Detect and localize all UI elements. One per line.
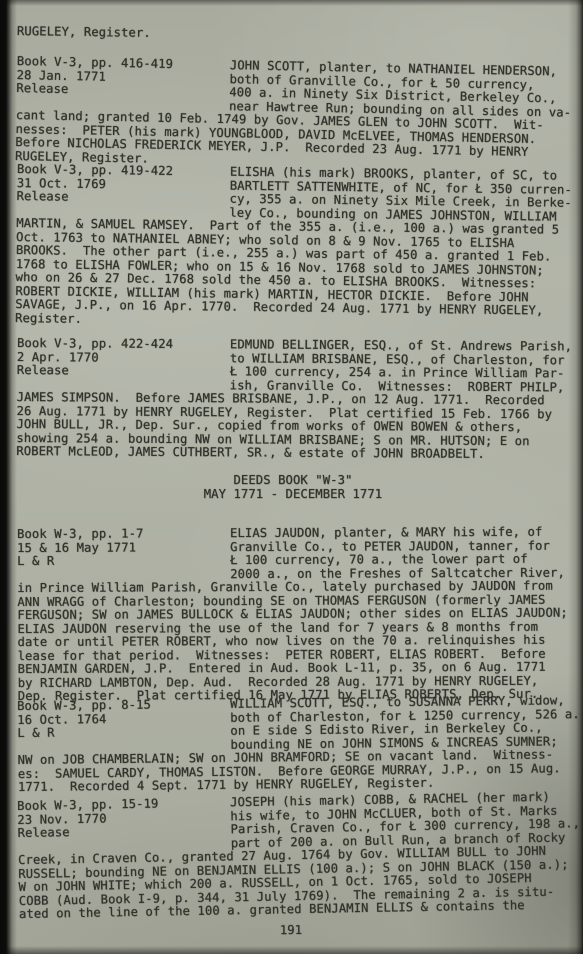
reference-line: L & R bbox=[17, 726, 151, 741]
reference-line: Release bbox=[17, 825, 159, 841]
deed-entry-1: Book V-3, pp. 416-41928 Jan. 1771Release… bbox=[15, 55, 571, 174]
section-heading-title: DEEDS BOOK "W-3" bbox=[17, 474, 569, 488]
scanned-deed-page: RUGELEY, Register. Book V-3, pp. 416-419… bbox=[0, 0, 583, 954]
reference-line: Release bbox=[17, 364, 173, 378]
deed-entry-4: Book W-3, pp. 1-715 & 16 May 1771L & REL… bbox=[17, 526, 572, 704]
deed-entry-2: Book V-3, pp. 419-42231 Oct. 1769Release… bbox=[15, 163, 571, 332]
reference-line: 15 & 16 May 1771 bbox=[17, 541, 143, 555]
entry-reference: Book V-3, pp. 419-42231 Oct. 1769Release bbox=[17, 163, 174, 205]
scan-edge-top bbox=[0, 0, 583, 6]
entry-reference: Book W-3, pp. 15-1923 Nov. 1770Release bbox=[17, 798, 159, 841]
entry-reference: Book W-3, pp. 1-715 & 16 May 1771L & R bbox=[17, 527, 144, 568]
reference-line: Release bbox=[16, 82, 172, 98]
deed-entry-6: Book W-3, pp. 15-1923 Nov. 1770ReleaseJO… bbox=[17, 790, 573, 921]
reference-line: Release bbox=[17, 190, 173, 205]
deed-entry-5: Book W-3, pp. 8-1516 Oct. 1764L & RWILLI… bbox=[17, 694, 572, 794]
reference-line: Book W-3, pp. 8-15 bbox=[17, 699, 151, 714]
entry-reference: Book V-3, pp. 422-4242 Apr. 1770Release bbox=[17, 337, 173, 378]
entry-reference: Book V-3, pp. 416-41928 Jan. 1771Release bbox=[16, 55, 173, 98]
deed-entry-3: Book V-3, pp. 422-4242 Apr. 1770ReleaseE… bbox=[16, 337, 571, 462]
reference-line: L & R bbox=[17, 554, 143, 568]
section-heading-daterange: MAY 1771 - DECEMBER 1771 bbox=[17, 488, 569, 502]
scan-edge-bottom bbox=[0, 946, 583, 954]
section-heading: DEEDS BOOK "W-3" MAY 1771 - DECEMBER 177… bbox=[17, 474, 569, 501]
page-number: 191 bbox=[17, 922, 565, 940]
reference-line: Book W-3, pp. 1-7 bbox=[17, 527, 143, 541]
carryover-text: RUGELEY, Register. bbox=[17, 25, 151, 40]
entry-reference: Book W-3, pp. 8-1516 Oct. 1764L & R bbox=[17, 699, 151, 741]
reference-line: 16 Oct. 1764 bbox=[17, 712, 151, 727]
